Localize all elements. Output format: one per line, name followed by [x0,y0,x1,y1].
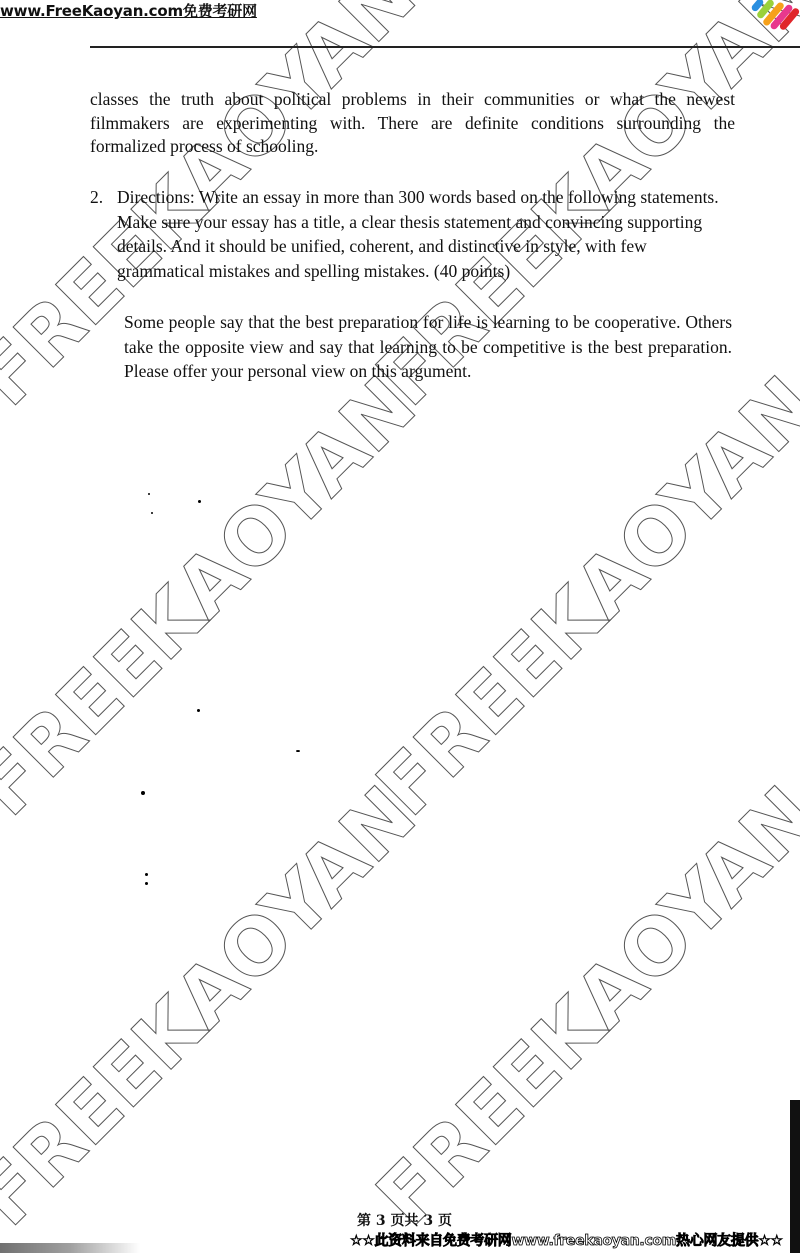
watermark-text: FREEKAOYAN [360,360,800,833]
source-note: ☆☆此资料来自免费考研网www.freekaoyan.com热心网友提供☆☆ [350,1230,783,1250]
header-divider [90,46,800,48]
page-number: 第 3 页共 3 页 [357,1210,452,1230]
continued-paragraph: classes the truth about political proble… [90,88,735,159]
scan-edge-shadow [790,1100,800,1253]
question-2: 2. Directions: Write an essay in more th… [90,185,730,283]
site-header-link[interactable]: www.FreeKaoyan.com免费考研网 [0,0,257,21]
essay-prompt: Some people say that the best preparatio… [124,310,732,384]
watermark-text: FREEKAOYAN [0,360,433,833]
question-directions: Directions: Write an essay in more than … [117,185,730,283]
watermark-text: FREEKAOYAN [0,770,433,1243]
rainbow-stripes-logo-icon [752,0,796,36]
watermark-text: FREEKAOYAN [360,770,800,1243]
question-number: 2. [90,185,103,210]
scan-smudge [0,1243,140,1253]
